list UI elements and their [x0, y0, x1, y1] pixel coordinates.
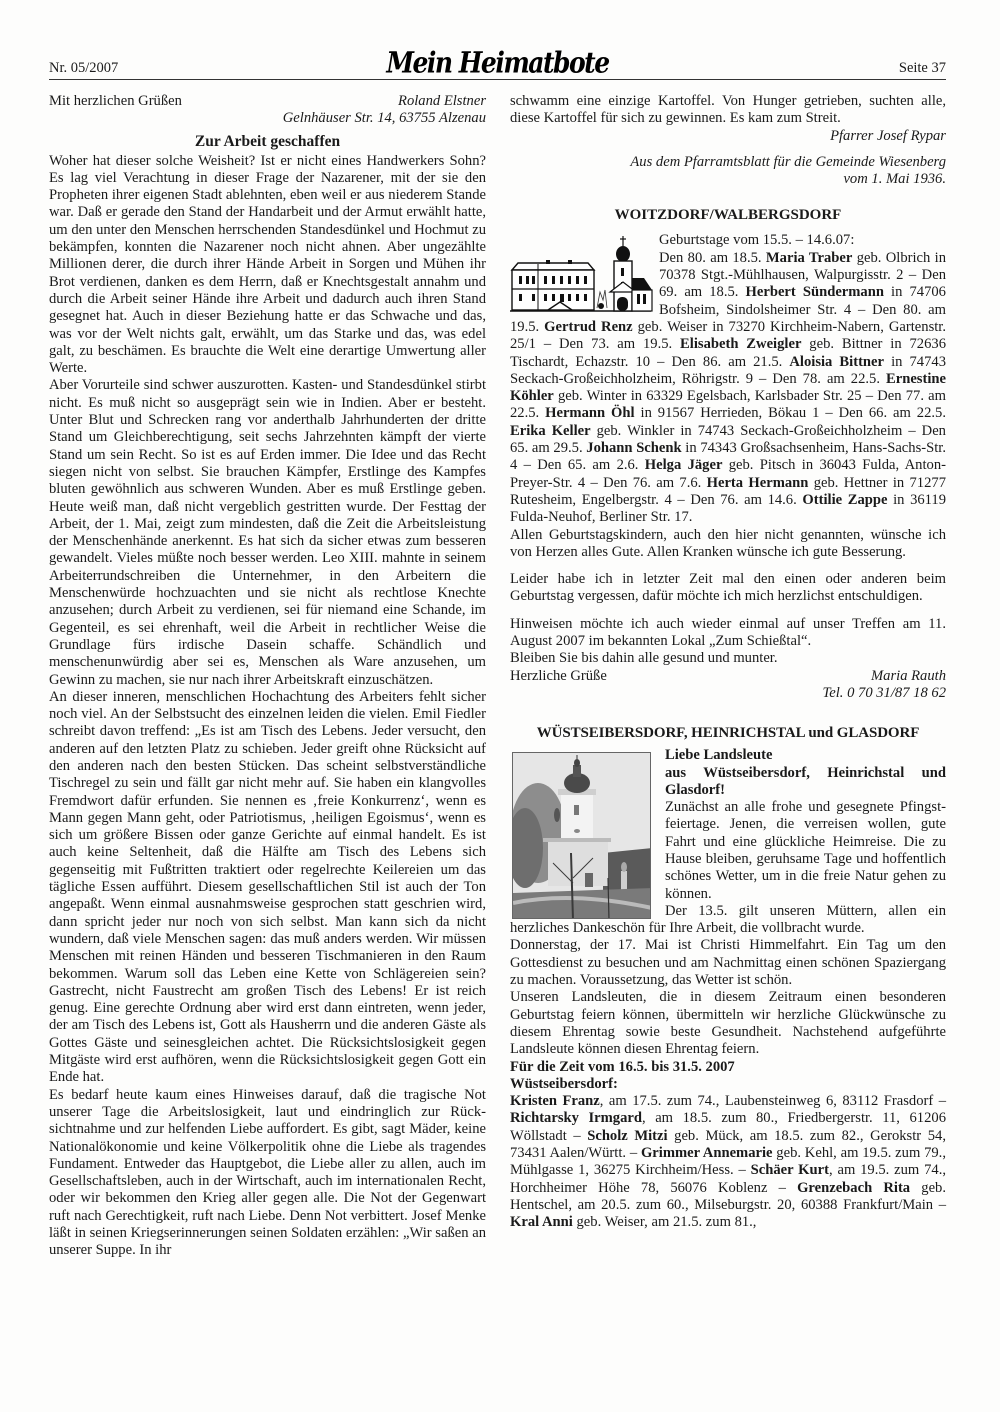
stay-well-text: Bleiben Sie bis dahin alle gesund und mu… — [510, 650, 946, 667]
signer-name: Roland Elstner — [398, 93, 486, 110]
church-photo-icon — [512, 752, 651, 919]
section-title-woitzdorf: WOITZDORF/WALBERGSDORF — [510, 206, 946, 224]
article-paragraph: Aber Vorurteile sind schwer auszurotten.… — [49, 377, 486, 688]
person-name: Hel­ga Jäger — [645, 457, 723, 473]
person-name: Kristen Franz — [510, 1093, 600, 1109]
person-name: Ottilie Zappe — [802, 492, 887, 508]
birthday-entry: Kristen Franz, am 17.5. zum 74., Laubens… — [510, 1093, 939, 1109]
page-number: Seite 37 — [899, 60, 946, 77]
meeting-notice: Hinweisen möchte ich auch wieder einmal … — [510, 616, 946, 651]
school-church-drawing-icon — [508, 234, 653, 314]
birthday-wishes: Allen Geburtstagskindern, auch den hier … — [510, 527, 946, 562]
apology-text: Leider habe ich in letzter Zeit mal den … — [510, 571, 946, 606]
article-paragraph: Es bedarf heute kaum eines Hinweises dar… — [49, 1087, 486, 1260]
section-wuestseibersdorf: Liebe Landsleute aus Wüstseibersdorf, He… — [510, 747, 946, 1231]
person-name: Herta Hermann — [707, 475, 809, 491]
article-paragraph: An dieser inneren, menschlichen Hochacht… — [49, 689, 486, 1087]
person-name: Grimmer Annemarie — [641, 1145, 773, 1161]
page-header: Nr. 05/2007 Mein Heimatbote Seite 37 — [49, 52, 946, 82]
source-date: vom 1. Mai 1936. — [843, 171, 946, 187]
article-source: Aus dem Pfarramtsblatt für die Gemeinde … — [510, 154, 946, 189]
birthday-congrats-text: Unseren Landsleuten, die in diesem Zeitr… — [510, 989, 946, 1058]
person-name: Maria Traber — [766, 250, 852, 266]
article-paragraph: Woher hat dieser solche Weisheit? Ist er… — [49, 153, 486, 378]
masthead-logo: Mein Heimatbote — [386, 46, 608, 79]
closing-greeting: Herzliche Grüße — [510, 668, 607, 685]
section-title-wuestseibersdorf: WÜSTSEIBERSDORF, HEINRICHSTAL und GLASDO… — [510, 724, 946, 742]
person-name: Schäer Kurt — [751, 1162, 829, 1178]
section-woitzdorf: Geburtstage vom 15.5. – 14.6.07: Den 80.… — [510, 232, 946, 702]
article-author: Pfarrer Josef Rypar — [510, 128, 946, 145]
person-name: Richtarsky Irmgard — [510, 1110, 642, 1126]
right-column: schwamm eine einzige Kartoffel. Von Hung… — [510, 93, 946, 1232]
closing-signature-rauth: Herzliche Grüße Maria Rauth — [510, 668, 946, 685]
header-rule — [49, 79, 946, 80]
person-name: Erika Keller — [510, 423, 591, 439]
church-photo-graphic — [513, 753, 651, 919]
person-name: Elisabeth Zweigler — [680, 336, 801, 352]
left-column: Mit herzlichen Grüßen Roland Elstner Gel… — [49, 93, 486, 1260]
person-name: Gren­zebach Rita — [797, 1180, 910, 1196]
person-name: Scholz Mitzi — [587, 1128, 667, 1144]
closing-signature: Mit herzlichen Grüßen Roland Elstner — [49, 93, 486, 110]
person-name: Hermann Öhl — [545, 405, 634, 421]
issue-number: Nr. 05/2007 — [49, 60, 118, 77]
village-label: Wüstseibersdorf: — [510, 1076, 946, 1093]
signer-phone: Tel. 0 70 31/87 18 62 — [510, 685, 946, 702]
birthday-period: Für die Zeit vom 16.5. bis 31.5. 2007 — [510, 1059, 946, 1076]
birthday-entry: Den 80. am 18.5. Maria Traber geb. Olbri… — [659, 250, 946, 283]
source-line: Aus dem Pfarramtsblatt für die Gemeinde … — [630, 154, 946, 170]
person-name: Gertrud Renz — [544, 319, 632, 335]
person-name: Herbert Sündermann — [746, 284, 884, 300]
closing-greeting: Mit herzlichen Grüßen — [49, 93, 182, 110]
signer-name: Maria Rauth — [871, 668, 946, 685]
person-name: Kral Anni — [510, 1214, 573, 1230]
person-name: Johann Schenk — [586, 440, 681, 456]
birthday-list-wuestseibersdorf: Kristen Franz, am 17.5. zum 74., Laubens… — [510, 1093, 946, 1231]
signer-address: Gelnhäuser Str. 14, 63755 Alzenau — [49, 110, 486, 127]
article-continuation: schwamm eine einzige Kartoffel. Von Hung… — [510, 93, 946, 128]
person-name: Aloisia Bittner — [789, 354, 884, 370]
article-title: Zur Arbeit geschaffen — [49, 133, 486, 151]
ascension-text: Donnerstag, der 17. Mai ist Christi Himm… — [510, 937, 946, 989]
